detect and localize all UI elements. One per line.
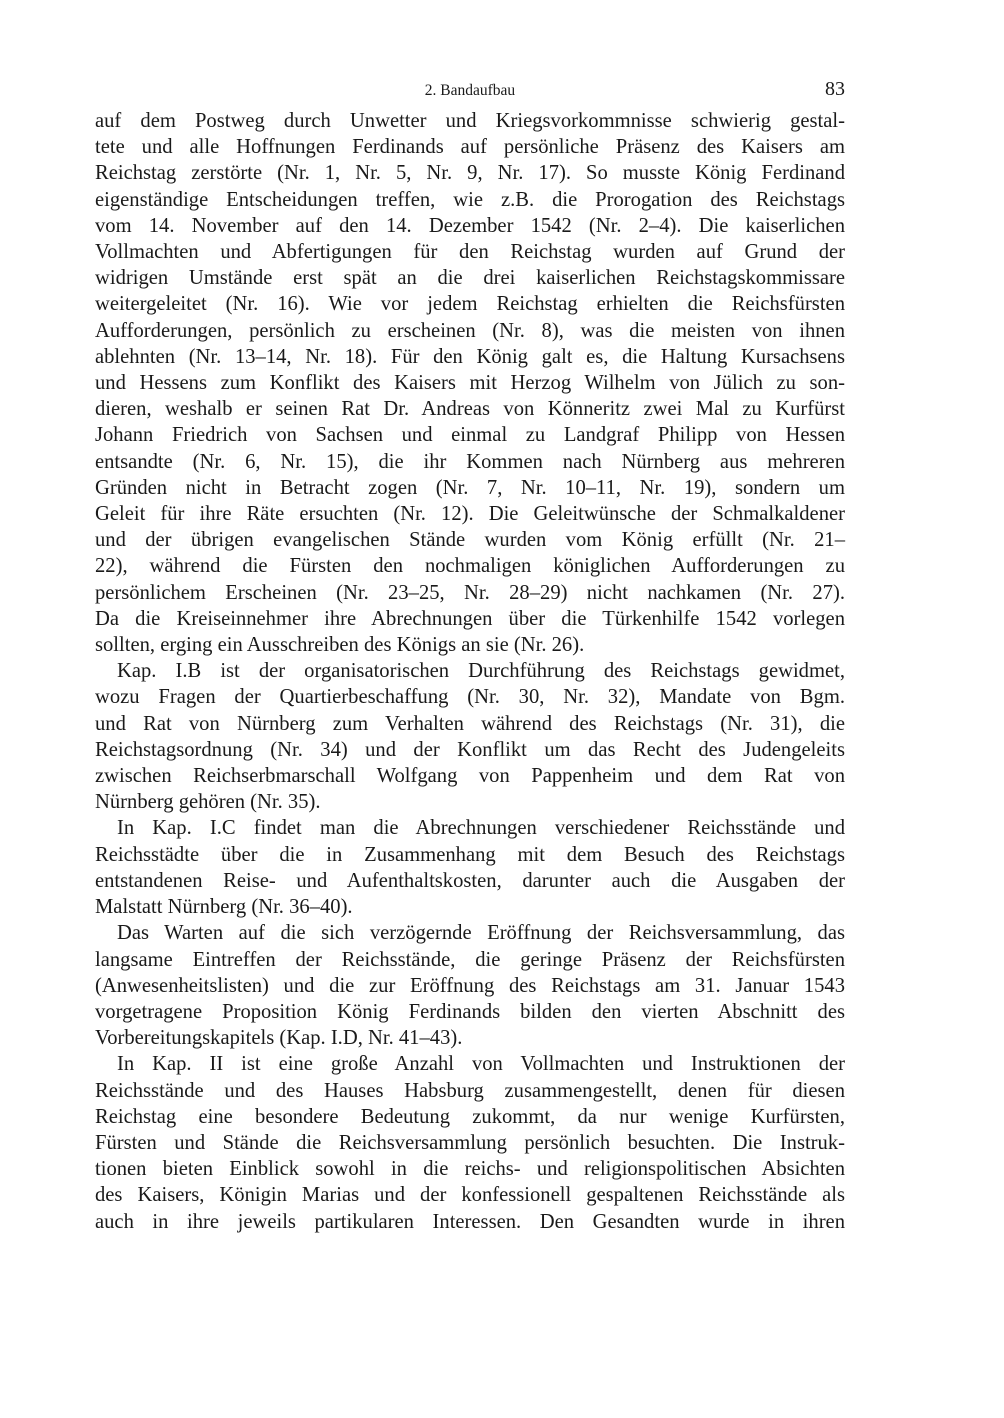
paragraph: Das Warten auf die sich verzögernde Eröf… — [95, 920, 845, 1051]
text-line: Geleit für ihre Räte ersuchten (Nr. 12).… — [95, 501, 845, 527]
page-number: 83 — [825, 78, 845, 101]
text-line: und Hessens zum Konflikt des Kaisers mit… — [95, 370, 845, 396]
text-line: Reichsstädte über die in Zusammenhang mi… — [95, 842, 845, 868]
running-head: 2. Bandaufbau 83 — [95, 78, 845, 108]
text-line: und Rat von Nürnberg zum Verhalten währe… — [95, 711, 845, 737]
text-line: und der übrigen evangelischen Stände wur… — [95, 527, 845, 553]
text-line: Malstatt Nürnberg (Nr. 36–40). — [95, 894, 845, 920]
body-text: auf dem Postweg durch Unwetter und Krieg… — [95, 108, 845, 1235]
text-line: Aufforderungen, persönlich zu erscheinen… — [95, 318, 845, 344]
text-line: entsandte (Nr. 6, Nr. 15), die ihr Komme… — [95, 449, 845, 475]
text-line: 22), während die Fürsten den nochmaligen… — [95, 553, 845, 579]
text-line: dieren, weshalb er seinen Rat Dr. Andrea… — [95, 396, 845, 422]
text-line: Reichstag zerstörte (Nr. 1, Nr. 5, Nr. 9… — [95, 160, 845, 186]
text-line: sollten, erging ein Ausschreiben des Kön… — [95, 632, 845, 658]
text-line: Reichstagsordnung (Nr. 34) und der Konfl… — [95, 737, 845, 763]
text-line: Vorbereitungskapitels (Kap. I.D, Nr. 41–… — [95, 1025, 845, 1051]
text-line: persönlichem Erscheinen (Nr. 23–25, Nr. … — [95, 580, 845, 606]
text-line: auf dem Postweg durch Unwetter und Krieg… — [95, 108, 845, 134]
text-line: Da die Kreiseinnehmer ihre Abrechnungen … — [95, 606, 845, 632]
text-line: Das Warten auf die sich verzögernde Eröf… — [95, 920, 845, 946]
text-line: Fürsten und Stände die Reichsversammlung… — [95, 1130, 845, 1156]
document-page: 2. Bandaufbau 83 auf dem Postweg durch U… — [95, 78, 845, 1235]
text-line: auch in ihre jeweils partikularen Intere… — [95, 1209, 845, 1235]
text-line: tete und alle Hoffnungen Ferdinands auf … — [95, 134, 845, 160]
text-line: Johann Friedrich von Sachsen und einmal … — [95, 422, 845, 448]
text-line: weitergeleitet (Nr. 16). Wie vor jedem R… — [95, 291, 845, 317]
text-line: Nürnberg gehören (Nr. 35). — [95, 789, 845, 815]
text-line: (Anwesenheitslisten) und die zur Eröffnu… — [95, 973, 845, 999]
text-line: wozu Fragen der Quartierbeschaffung (Nr.… — [95, 684, 845, 710]
text-line: Gründen nicht in Betracht zogen (Nr. 7, … — [95, 475, 845, 501]
text-line: vom 14. November auf den 14. Dezember 15… — [95, 213, 845, 239]
paragraph: In Kap. II ist eine große Anzahl von Vol… — [95, 1051, 845, 1234]
text-line: In Kap. I.C findet man die Abrechnungen … — [95, 815, 845, 841]
text-line: zwischen Reichserbmarschall Wolfgang von… — [95, 763, 845, 789]
text-line: Kap. I.B ist der organisatorischen Durch… — [95, 658, 845, 684]
text-line: des Kaisers, Königin Marias und der konf… — [95, 1182, 845, 1208]
text-line: langsame Eintreffen der Reichsstände, di… — [95, 947, 845, 973]
text-line: entstandenen Reise- und Aufenthaltskoste… — [95, 868, 845, 894]
paragraph: In Kap. I.C findet man die Abrechnungen … — [95, 815, 845, 920]
text-line: Vollmachten und Abfertigungen für den Re… — [95, 239, 845, 265]
text-line: ablehnten (Nr. 13–14, Nr. 18). Für den K… — [95, 344, 845, 370]
text-line: In Kap. II ist eine große Anzahl von Vol… — [95, 1051, 845, 1077]
text-line: Reichstag eine besondere Bedeutung zukom… — [95, 1104, 845, 1130]
text-line: tionen bieten Einblick sowohl in die rei… — [95, 1156, 845, 1182]
paragraph: auf dem Postweg durch Unwetter und Krieg… — [95, 108, 845, 658]
text-line: vorgetragene Proposition König Ferdinand… — [95, 999, 845, 1025]
text-line: eigenständige Entscheidungen treffen, wi… — [95, 187, 845, 213]
text-line: Reichsstände und des Hauses Habsburg zus… — [95, 1078, 845, 1104]
running-title: 2. Bandaufbau — [95, 82, 845, 100]
text-line: widrigen Umstände erst spät an die drei … — [95, 265, 845, 291]
paragraph: Kap. I.B ist der organisatorischen Durch… — [95, 658, 845, 815]
